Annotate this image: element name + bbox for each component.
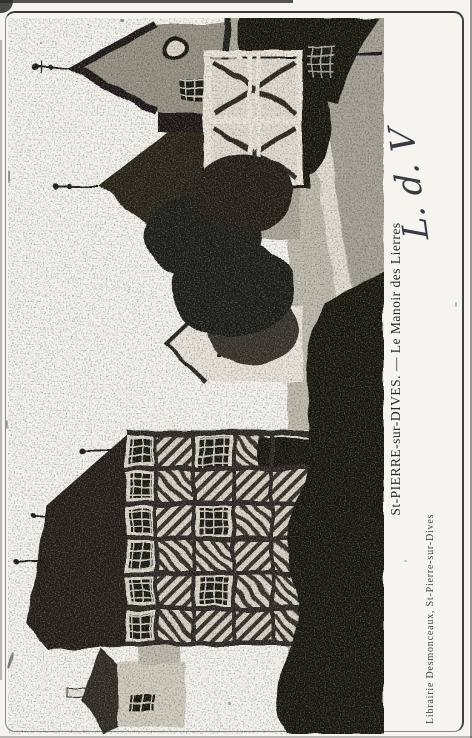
dust-speck bbox=[455, 302, 457, 307]
dust-speck bbox=[6, 420, 8, 429]
dust-speck bbox=[404, 560, 407, 562]
dust-speck bbox=[120, 19, 124, 22]
card-border-frame bbox=[5, 11, 464, 732]
dust-speck bbox=[40, 42, 42, 44]
dust-speck bbox=[8, 170, 10, 183]
postcard-scan: St-PIERRE-sur-DIVES. — Le Manoir des Lie… bbox=[0, 0, 472, 738]
dust-speck bbox=[228, 702, 231, 705]
